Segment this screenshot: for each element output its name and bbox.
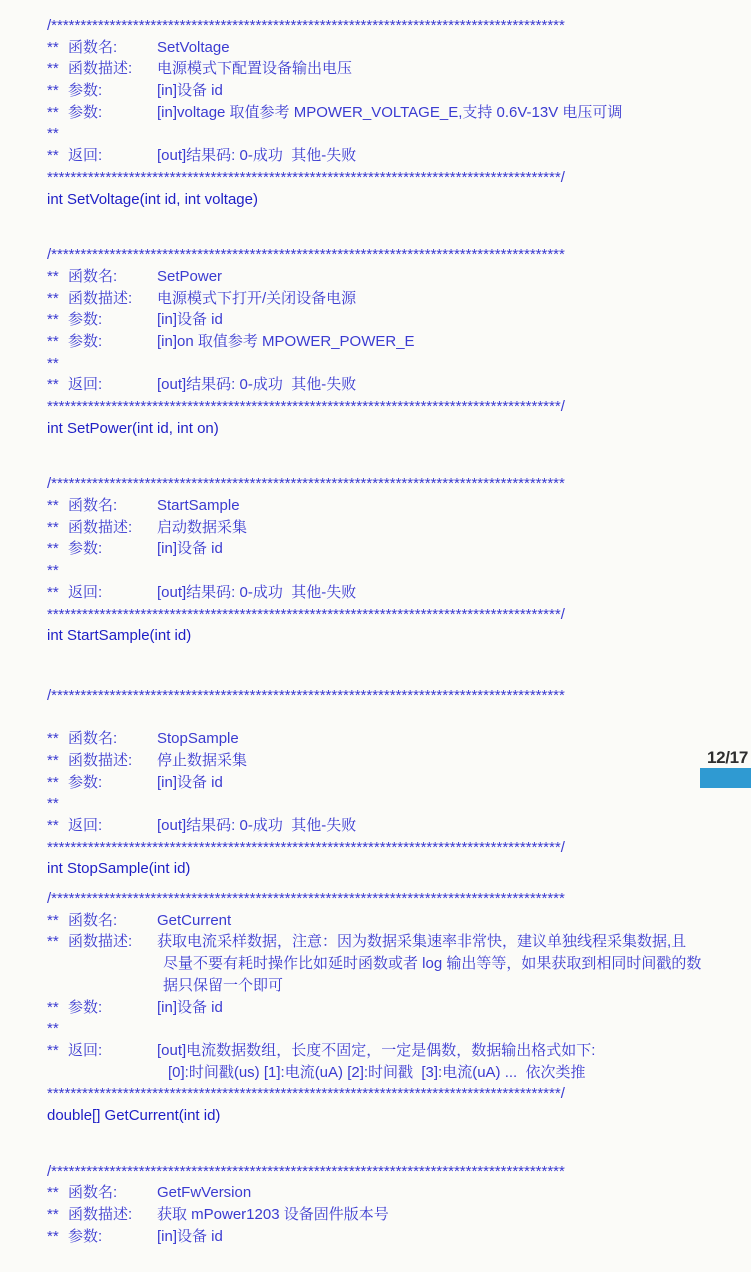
field-value: GetFwVersion (157, 1184, 251, 1201)
field-label: 函数描述: (68, 58, 157, 80)
field-value: [in]设备 id (157, 774, 223, 791)
field-value: [out]结果码: 0-成功 其他-失败 (157, 376, 356, 393)
function-signature: int SetPower(int id, int on) (47, 418, 751, 440)
field-value: [in]on 取值参考 MPOWER_POWER_E (157, 333, 415, 350)
comment-marker-line: ** (47, 560, 751, 582)
field-label: 参数: (68, 331, 157, 353)
field-value: [in]设备 id (157, 1228, 223, 1245)
comment-field-line: **参数:[in]设备 id (47, 997, 751, 1019)
comment-marker-line: ** (47, 793, 751, 815)
field-label: 返回: (68, 145, 157, 167)
page-indicator: 12/17 (700, 749, 751, 788)
comment-close-line: ****************************************… (47, 167, 751, 189)
field-value: [in]voltage 取值参考 MPOWER_VOLTAGE_E,支持 0.6… (157, 104, 622, 121)
field-label: 参数: (68, 772, 157, 794)
field-label: 函数描述: (68, 1204, 157, 1226)
function-doc-block: /***************************************… (47, 244, 751, 439)
field-value: StopSample (157, 730, 239, 747)
comment-marker: ** (47, 728, 68, 750)
comment-field-line: **返回:[out]结果码: 0-成功 其他-失败 (47, 815, 751, 837)
field-label: 参数: (68, 80, 157, 102)
comment-marker: ** (47, 288, 68, 310)
comment-field-line: **参数:[in]on 取值参考 MPOWER_POWER_E (47, 331, 751, 353)
comment-marker-line: ** (47, 353, 751, 375)
comment-field-line: **返回:[out]电流数据数组，长度不固定，一定是偶数，数据输出格式如下: (47, 1040, 751, 1062)
comment-close-line: ****************************************… (47, 396, 751, 418)
comment-field-line: **参数:[in]设备 id (47, 772, 751, 794)
comment-marker: ** (47, 582, 68, 604)
comment-marker: ** (47, 538, 68, 560)
comment-marker: ** (47, 331, 68, 353)
field-label: 函数名: (68, 495, 157, 517)
comment-marker: ** (47, 1182, 68, 1204)
comment-marker: ** (47, 1226, 68, 1248)
comment-marker: ** (47, 931, 68, 953)
field-label: 函数名: (68, 1182, 157, 1204)
function-doc-block: /***************************************… (47, 15, 751, 210)
api-documentation: /***************************************… (0, 0, 751, 1247)
comment-field-line: **参数:[in]设备 id (47, 538, 751, 560)
comment-marker: ** (47, 815, 68, 837)
comment-field-line: **函数名:StopSample (47, 728, 751, 750)
comment-marker: ** (47, 997, 68, 1019)
field-label: 返回: (68, 1040, 157, 1062)
comment-marker: ** (47, 145, 68, 167)
comment-field-line: **函数描述:启动数据采集 (47, 517, 751, 539)
comment-marker: ** (47, 495, 68, 517)
field-label: 函数描述: (68, 288, 157, 310)
page-indicator-label: 12/17 (700, 749, 751, 767)
comment-marker: ** (47, 102, 68, 124)
field-label: 函数名: (68, 37, 157, 59)
function-doc-block: /***************************************… (47, 888, 751, 1127)
comment-open-line: /***************************************… (47, 1161, 751, 1183)
comment-field-line: **返回:[out]结果码: 0-成功 其他-失败 (47, 145, 751, 167)
blank-line (47, 707, 751, 729)
function-doc-block: /***************************************… (47, 1161, 751, 1248)
comment-field-line: **函数名:GetCurrent (47, 910, 751, 932)
function-signature: double[] GetCurrent(int id) (47, 1105, 751, 1127)
comment-field-line: **函数名:SetVoltage (47, 37, 751, 59)
comment-field-line: **函数名:StartSample (47, 495, 751, 517)
comment-field-line: **函数描述:获取 mPower1203 设备固件版本号 (47, 1204, 751, 1226)
field-value: [in]设备 id (157, 999, 223, 1016)
field-value: 电源模式下配置设备输出电压 (157, 60, 352, 77)
field-value: 获取电流采样数据，注意：因为数据采集速率非常快，建议单独线程采集数据,且 (157, 933, 686, 950)
field-label: 返回: (68, 582, 157, 604)
field-value: [in]设备 id (157, 540, 223, 557)
field-value: 获取 mPower1203 设备固件版本号 (157, 1206, 389, 1223)
field-value: SetPower (157, 268, 222, 285)
comment-marker: ** (47, 910, 68, 932)
comment-marker: ** (47, 1040, 68, 1062)
field-value: [out]结果码: 0-成功 其他-失败 (157, 817, 356, 834)
comment-field-line: **函数描述:停止数据采集 (47, 750, 751, 772)
field-label: 函数描述: (68, 750, 157, 772)
comment-marker: ** (47, 58, 68, 80)
scroll-position-bar[interactable] (700, 768, 751, 788)
comment-close-line: ****************************************… (47, 604, 751, 626)
comment-marker: ** (47, 750, 68, 772)
function-doc-block: /***************************************… (47, 685, 751, 880)
comment-close-line: ****************************************… (47, 837, 751, 859)
comment-open-line: /***************************************… (47, 473, 751, 495)
field-label: 参数: (68, 102, 157, 124)
comment-open-line: /***************************************… (47, 685, 751, 707)
field-label: 参数: (68, 1226, 157, 1248)
comment-continuation-line: 据只保留一个即可 (163, 975, 751, 997)
comment-open-line: /***************************************… (47, 15, 751, 37)
comment-field-line: **函数描述:获取电流采样数据，注意：因为数据采集速率非常快，建议单独线程采集数… (47, 931, 751, 953)
function-doc-block: /***************************************… (47, 473, 751, 647)
comment-field-line: **返回:[out]结果码: 0-成功 其他-失败 (47, 374, 751, 396)
comment-marker: ** (47, 266, 68, 288)
comment-marker: ** (47, 517, 68, 539)
field-value: 启动数据采集 (157, 519, 247, 536)
comment-field-line: **返回:[out]结果码: 0-成功 其他-失败 (47, 582, 751, 604)
document-page: /***************************************… (0, 0, 751, 1272)
field-label: 函数名: (68, 728, 157, 750)
function-signature: int SetVoltage(int id, int voltage) (47, 189, 751, 211)
comment-marker: ** (47, 309, 68, 331)
comment-field-line: **函数名:GetFwVersion (47, 1182, 751, 1204)
comment-open-line: /***************************************… (47, 888, 751, 910)
comment-field-line: **参数:[in]设备 id (47, 309, 751, 331)
comment-marker-line: ** (47, 123, 751, 145)
comment-field-line: **参数:[in]设备 id (47, 1226, 751, 1248)
comment-field-line: **参数:[in]设备 id (47, 80, 751, 102)
function-signature: int StopSample(int id) (47, 858, 751, 880)
field-value: SetVoltage (157, 39, 230, 56)
comment-field-line: **函数描述:电源模式下打开/关闭设备电源 (47, 288, 751, 310)
field-label: 函数名: (68, 266, 157, 288)
comment-marker: ** (47, 1204, 68, 1226)
field-value: StartSample (157, 497, 240, 514)
field-value: 停止数据采集 (157, 752, 247, 769)
comment-marker-line: ** (47, 1018, 751, 1040)
comment-close-line: ****************************************… (47, 1083, 751, 1105)
field-value: 电源模式下打开/关闭设备电源 (157, 290, 356, 307)
field-value: GetCurrent (157, 912, 231, 929)
field-value: [out]结果码: 0-成功 其他-失败 (157, 147, 356, 164)
comment-marker: ** (47, 374, 68, 396)
field-label: 函数描述: (68, 931, 157, 953)
comment-marker: ** (47, 80, 68, 102)
comment-open-line: /***************************************… (47, 244, 751, 266)
field-label: 返回: (68, 374, 157, 396)
field-value: [out]电流数据数组，长度不固定，一定是偶数，数据输出格式如下: (157, 1042, 595, 1059)
comment-marker: ** (47, 37, 68, 59)
field-label: 参数: (68, 538, 157, 560)
field-label: 参数: (68, 997, 157, 1019)
field-label: 函数描述: (68, 517, 157, 539)
comment-field-line: **参数:[in]voltage 取值参考 MPOWER_VOLTAGE_E,支… (47, 102, 751, 124)
field-value: [in]设备 id (157, 311, 223, 328)
function-signature: int StartSample(int id) (47, 625, 751, 647)
comment-field-line: **函数描述:电源模式下配置设备输出电压 (47, 58, 751, 80)
field-label: 返回: (68, 815, 157, 837)
comment-marker: ** (47, 772, 68, 794)
comment-continuation-line: 尽量不要有耗时操作比如延时函数或者 log 输出等等，如果获取到相同时间戳的数 (163, 953, 751, 975)
field-value: [out]结果码: 0-成功 其他-失败 (157, 584, 356, 601)
field-value: [in]设备 id (157, 82, 223, 99)
field-label: 参数: (68, 309, 157, 331)
comment-field-line: **函数名:SetPower (47, 266, 751, 288)
comment-continuation-line: [0]:时间戳(us) [1]:电流(uA) [2]:时间戳 [3]:电流(uA… (168, 1062, 751, 1084)
field-label: 函数名: (68, 910, 157, 932)
